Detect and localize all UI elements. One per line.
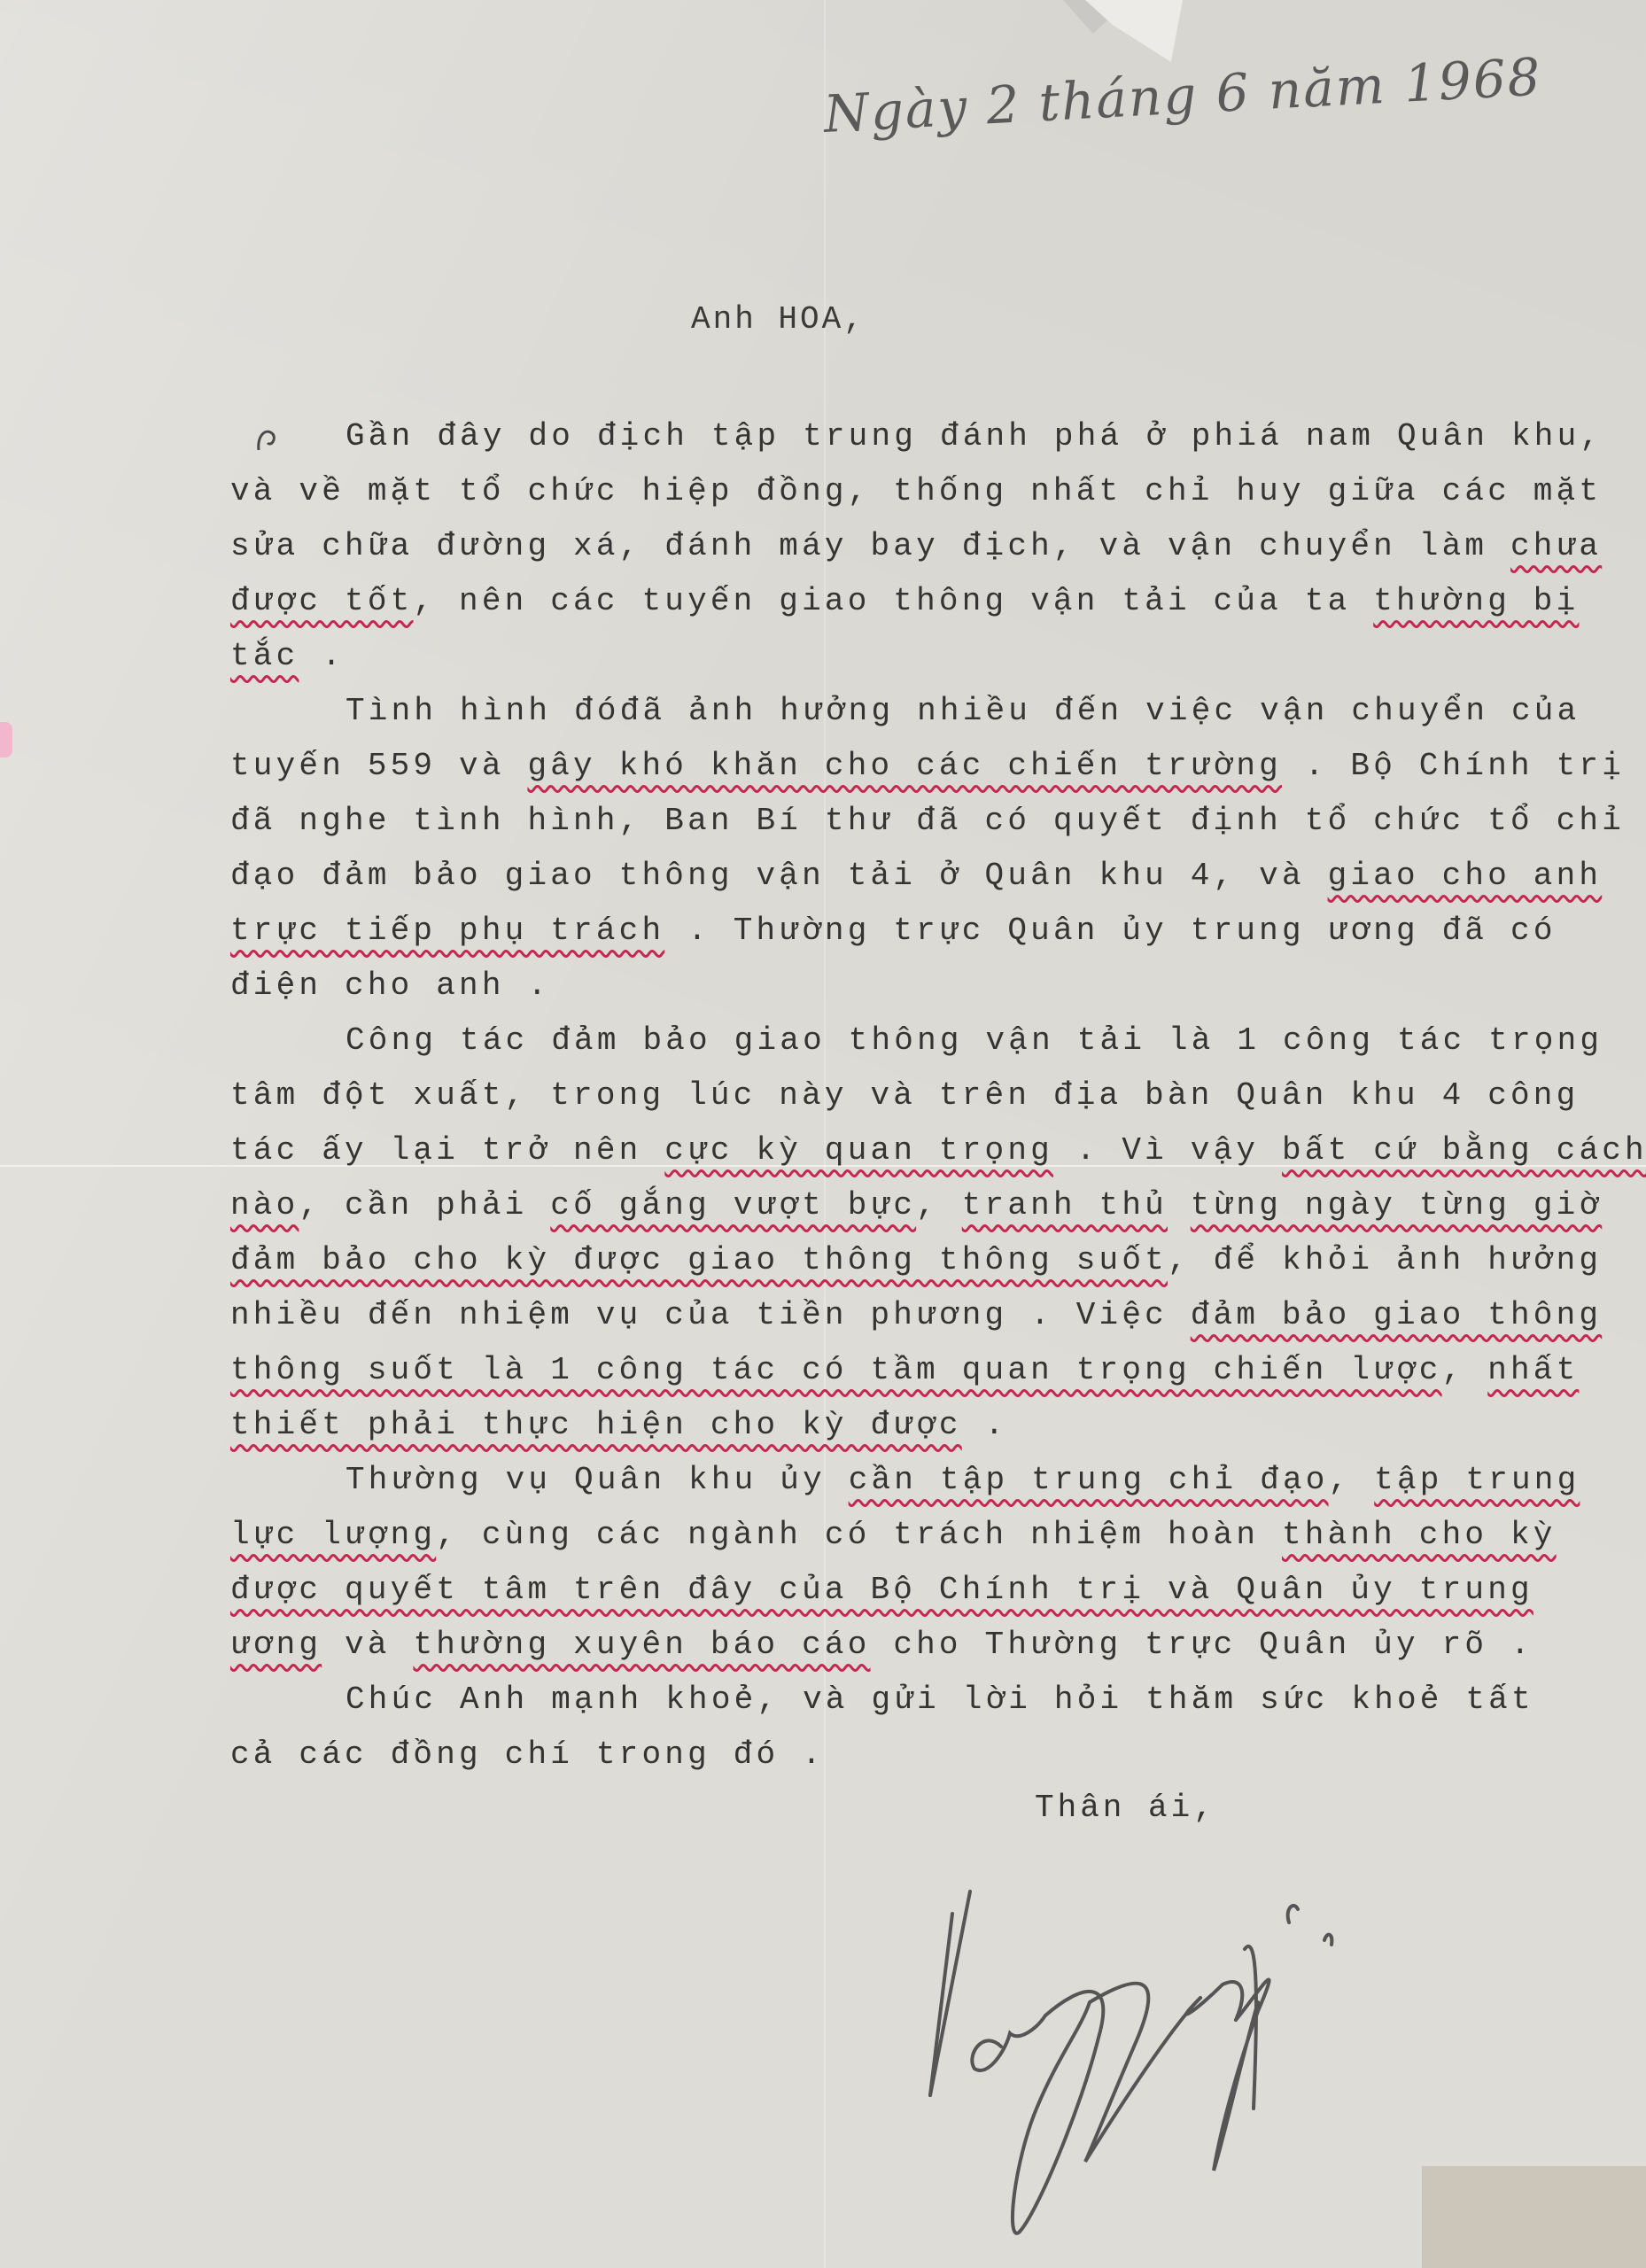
- underlined-text: thành cho kỳ: [1282, 1517, 1557, 1553]
- text-line: được quyết tâm trên đây của Bộ Chính trị…: [230, 1563, 1646, 1618]
- typed-text: ,: [1442, 1352, 1488, 1388]
- handwritten-signature-icon: [904, 1825, 1541, 2268]
- text-line: nhiều đến nhiệm vụ của tiền phương . Việ…: [230, 1288, 1646, 1343]
- underlined-text: ương: [230, 1627, 322, 1663]
- underlined-text: nào: [230, 1187, 299, 1223]
- underlined-text: cố gắng vượt bực: [550, 1187, 916, 1223]
- typed-text: tâm đột xuất, trong lúc này và trên địa …: [230, 1077, 1579, 1114]
- typed-text: cho Thường trực Quân ủy rõ .: [871, 1627, 1533, 1663]
- typed-text: Gần đây do địch tập trung đánh phá ở phi…: [346, 418, 1603, 454]
- typed-text: [1168, 1187, 1191, 1223]
- underlined-text: trực tiếp phụ trách: [230, 913, 664, 949]
- typed-text: sửa chữa đường xá, đánh máy bay địch, và…: [230, 528, 1510, 564]
- typed-text: . Thường trực Quân ủy trung ương đã có: [664, 913, 1556, 949]
- text-line: đảm bảo cho kỳ được giao thông thông suố…: [230, 1233, 1646, 1288]
- typed-text: cả các đồng chí trong đó .: [230, 1736, 825, 1773]
- text-line: thông suốt là 1 công tác có tầm quan trọ…: [230, 1343, 1646, 1398]
- underlined-text: chưa: [1510, 528, 1602, 564]
- underlined-text: tranh thủ: [962, 1187, 1168, 1223]
- typed-text: và về mặt tổ chức hiệp đồng, thống nhất …: [230, 473, 1602, 509]
- text-line: tắc .: [230, 629, 1646, 684]
- underlined-text: thông suốt là 1 công tác có tầm quan trọ…: [230, 1352, 1442, 1388]
- underlined-text: cực kỳ quan trọng: [664, 1132, 1053, 1169]
- text-line: trực tiếp phụ trách . Thường trực Quân ủ…: [230, 904, 1646, 959]
- text-line: điện cho anh .: [230, 959, 1646, 1014]
- underlined-text: đảm bảo cho kỳ được giao thông thông suố…: [230, 1242, 1168, 1278]
- text-line: cả các đồng chí trong đó .: [230, 1728, 1646, 1783]
- handwritten-date: Ngày 2 tháng 6 năm 1968: [822, 47, 1543, 144]
- text-line: Chúc Anh mạnh khoẻ, và gửi lời hỏi thăm …: [230, 1673, 1646, 1728]
- text-line: tâm đột xuất, trong lúc này và trên địa …: [230, 1068, 1646, 1123]
- typed-text: tác ấy lại trở nên: [230, 1132, 664, 1169]
- underlined-text: được quyết tâm trên đây của Bộ Chính trị…: [230, 1572, 1533, 1608]
- underlined-text: gây khó khăn cho các chiến trường: [527, 748, 1282, 784]
- text-line: lực lượng, cùng các ngành có trách nhiệm…: [230, 1508, 1646, 1563]
- typed-text: và: [322, 1627, 413, 1663]
- text-line: Gần đây do địch tập trung đánh phá ở phi…: [230, 409, 1646, 464]
- typed-text: , để khỏi ảnh hưởng: [1168, 1242, 1602, 1278]
- typed-text: ,: [916, 1187, 962, 1223]
- underlined-text: nhất: [1487, 1352, 1579, 1388]
- text-line: tác ấy lại trở nên cực kỳ quan trọng . V…: [230, 1123, 1646, 1178]
- typed-text: .: [962, 1407, 1008, 1443]
- text-line: tuyến 559 và gây khó khăn cho các chiến …: [230, 739, 1646, 794]
- typed-text: . Vì vậy: [1053, 1132, 1282, 1169]
- typed-text: nhiều đến nhiệm vụ của tiền phương . Việ…: [230, 1297, 1191, 1333]
- underlined-text: thiết phải thực hiện cho kỳ được: [230, 1407, 962, 1443]
- letter-body: Gần đây do địch tập trung đánh phá ở phi…: [230, 409, 1646, 1783]
- typed-text: điện cho anh .: [230, 967, 550, 1004]
- typed-text: . Bộ Chính trị: [1282, 748, 1625, 784]
- text-line: Thường vụ Quân khu ủy cần tập trung chỉ …: [230, 1453, 1646, 1508]
- text-line: ương và thường xuyên báo cáo cho Thường …: [230, 1618, 1646, 1673]
- letter-page: Ngày 2 tháng 6 năm 1968 Anh HOA, Gần đây…: [0, 0, 1646, 2268]
- text-line: đã nghe tình hình, Ban Bí thư đã có quyế…: [230, 794, 1646, 849]
- salutation: Anh HOA,: [691, 301, 866, 338]
- typed-text: ,: [1329, 1462, 1375, 1498]
- text-line: thiết phải thực hiện cho kỳ được .: [230, 1398, 1646, 1453]
- underlined-text: thường bị: [1373, 583, 1579, 619]
- typed-text: tuyến 559 và: [230, 748, 527, 784]
- underlined-text: cần tập trung chỉ đạo: [849, 1462, 1329, 1498]
- underlined-text: lực lượng: [230, 1517, 436, 1553]
- typed-text: đã nghe tình hình, Ban Bí thư đã có quyế…: [230, 803, 1625, 839]
- typed-text: đạo đảm bảo giao thông vận tải ở Quân kh…: [230, 858, 1328, 894]
- underlined-text: từng ngày từng giờ: [1191, 1187, 1602, 1223]
- text-line: sửa chữa đường xá, đánh máy bay địch, và…: [230, 519, 1646, 574]
- text-line: nào, cần phải cố gắng vượt bực, tranh th…: [230, 1178, 1646, 1233]
- typed-text: , cùng các ngành có trách nhiệm hoàn: [436, 1517, 1282, 1553]
- typed-text: Thường vụ Quân khu ủy: [346, 1462, 849, 1498]
- typed-text: , nên các tuyến giao thông vận tải của t…: [413, 583, 1373, 619]
- underlined-text: tắc: [230, 638, 299, 674]
- typed-text: Tình hình đóđã ảnh hưởng nhiều đến việc …: [346, 693, 1580, 729]
- underlined-text: được tốt: [230, 583, 413, 619]
- underlined-text: đảm bảo giao thông: [1191, 1297, 1602, 1333]
- underlined-text: giao cho anh: [1328, 858, 1603, 894]
- typed-text: , cần phải: [299, 1187, 550, 1223]
- typed-text: Chúc Anh mạnh khoẻ, và gửi lời hỏi thăm …: [346, 1682, 1534, 1718]
- text-line: Tình hình đóđã ảnh hưởng nhiều đến việc …: [230, 684, 1646, 739]
- text-line: và về mặt tổ chức hiệp đồng, thống nhất …: [230, 464, 1646, 519]
- typed-text: .: [299, 638, 345, 674]
- underlined-text: bất cứ bằng cách: [1282, 1132, 1646, 1169]
- underlined-text: thường xuyên báo cáo: [413, 1627, 870, 1663]
- text-line: đạo đảm bảo giao thông vận tải ở Quân kh…: [230, 849, 1646, 904]
- typed-text: Công tác đảm bảo giao thông vận tải là 1…: [346, 1022, 1603, 1059]
- underlined-text: tập trung: [1374, 1462, 1580, 1498]
- pink-marker-tab: [0, 722, 12, 757]
- text-line: Công tác đảm bảo giao thông vận tải là 1…: [230, 1014, 1646, 1068]
- closing: Thân ái,: [1035, 1790, 1216, 1826]
- text-line: được tốt, nên các tuyến giao thông vận t…: [230, 574, 1646, 629]
- torn-paper-flap: [1085, 0, 1183, 62]
